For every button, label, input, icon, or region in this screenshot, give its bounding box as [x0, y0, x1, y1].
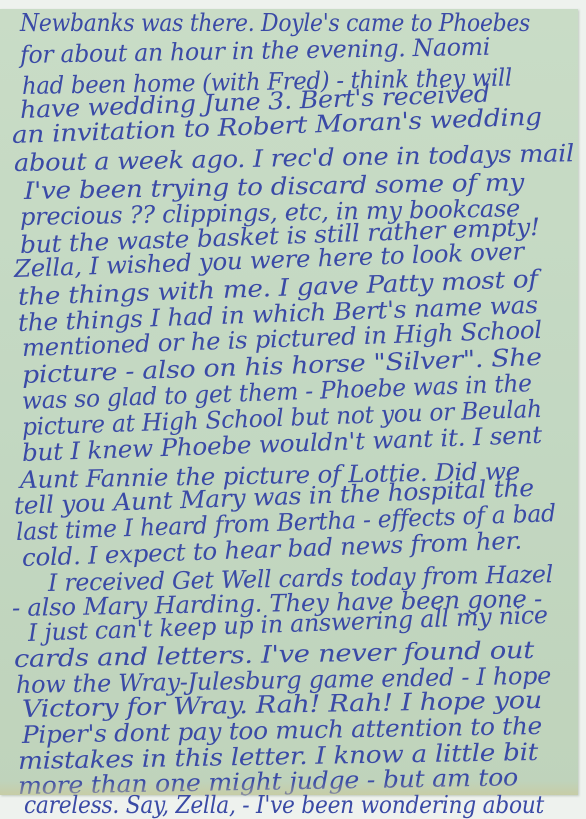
handwritten-line: careless. Say, Zella, - I've been wonder… — [24, 791, 544, 805]
letter-page: Newbanks was there. Doyle's came to Phoe… — [0, 9, 578, 795]
handwritten-line: for about an hour in the evening. Naomi — [20, 33, 490, 69]
